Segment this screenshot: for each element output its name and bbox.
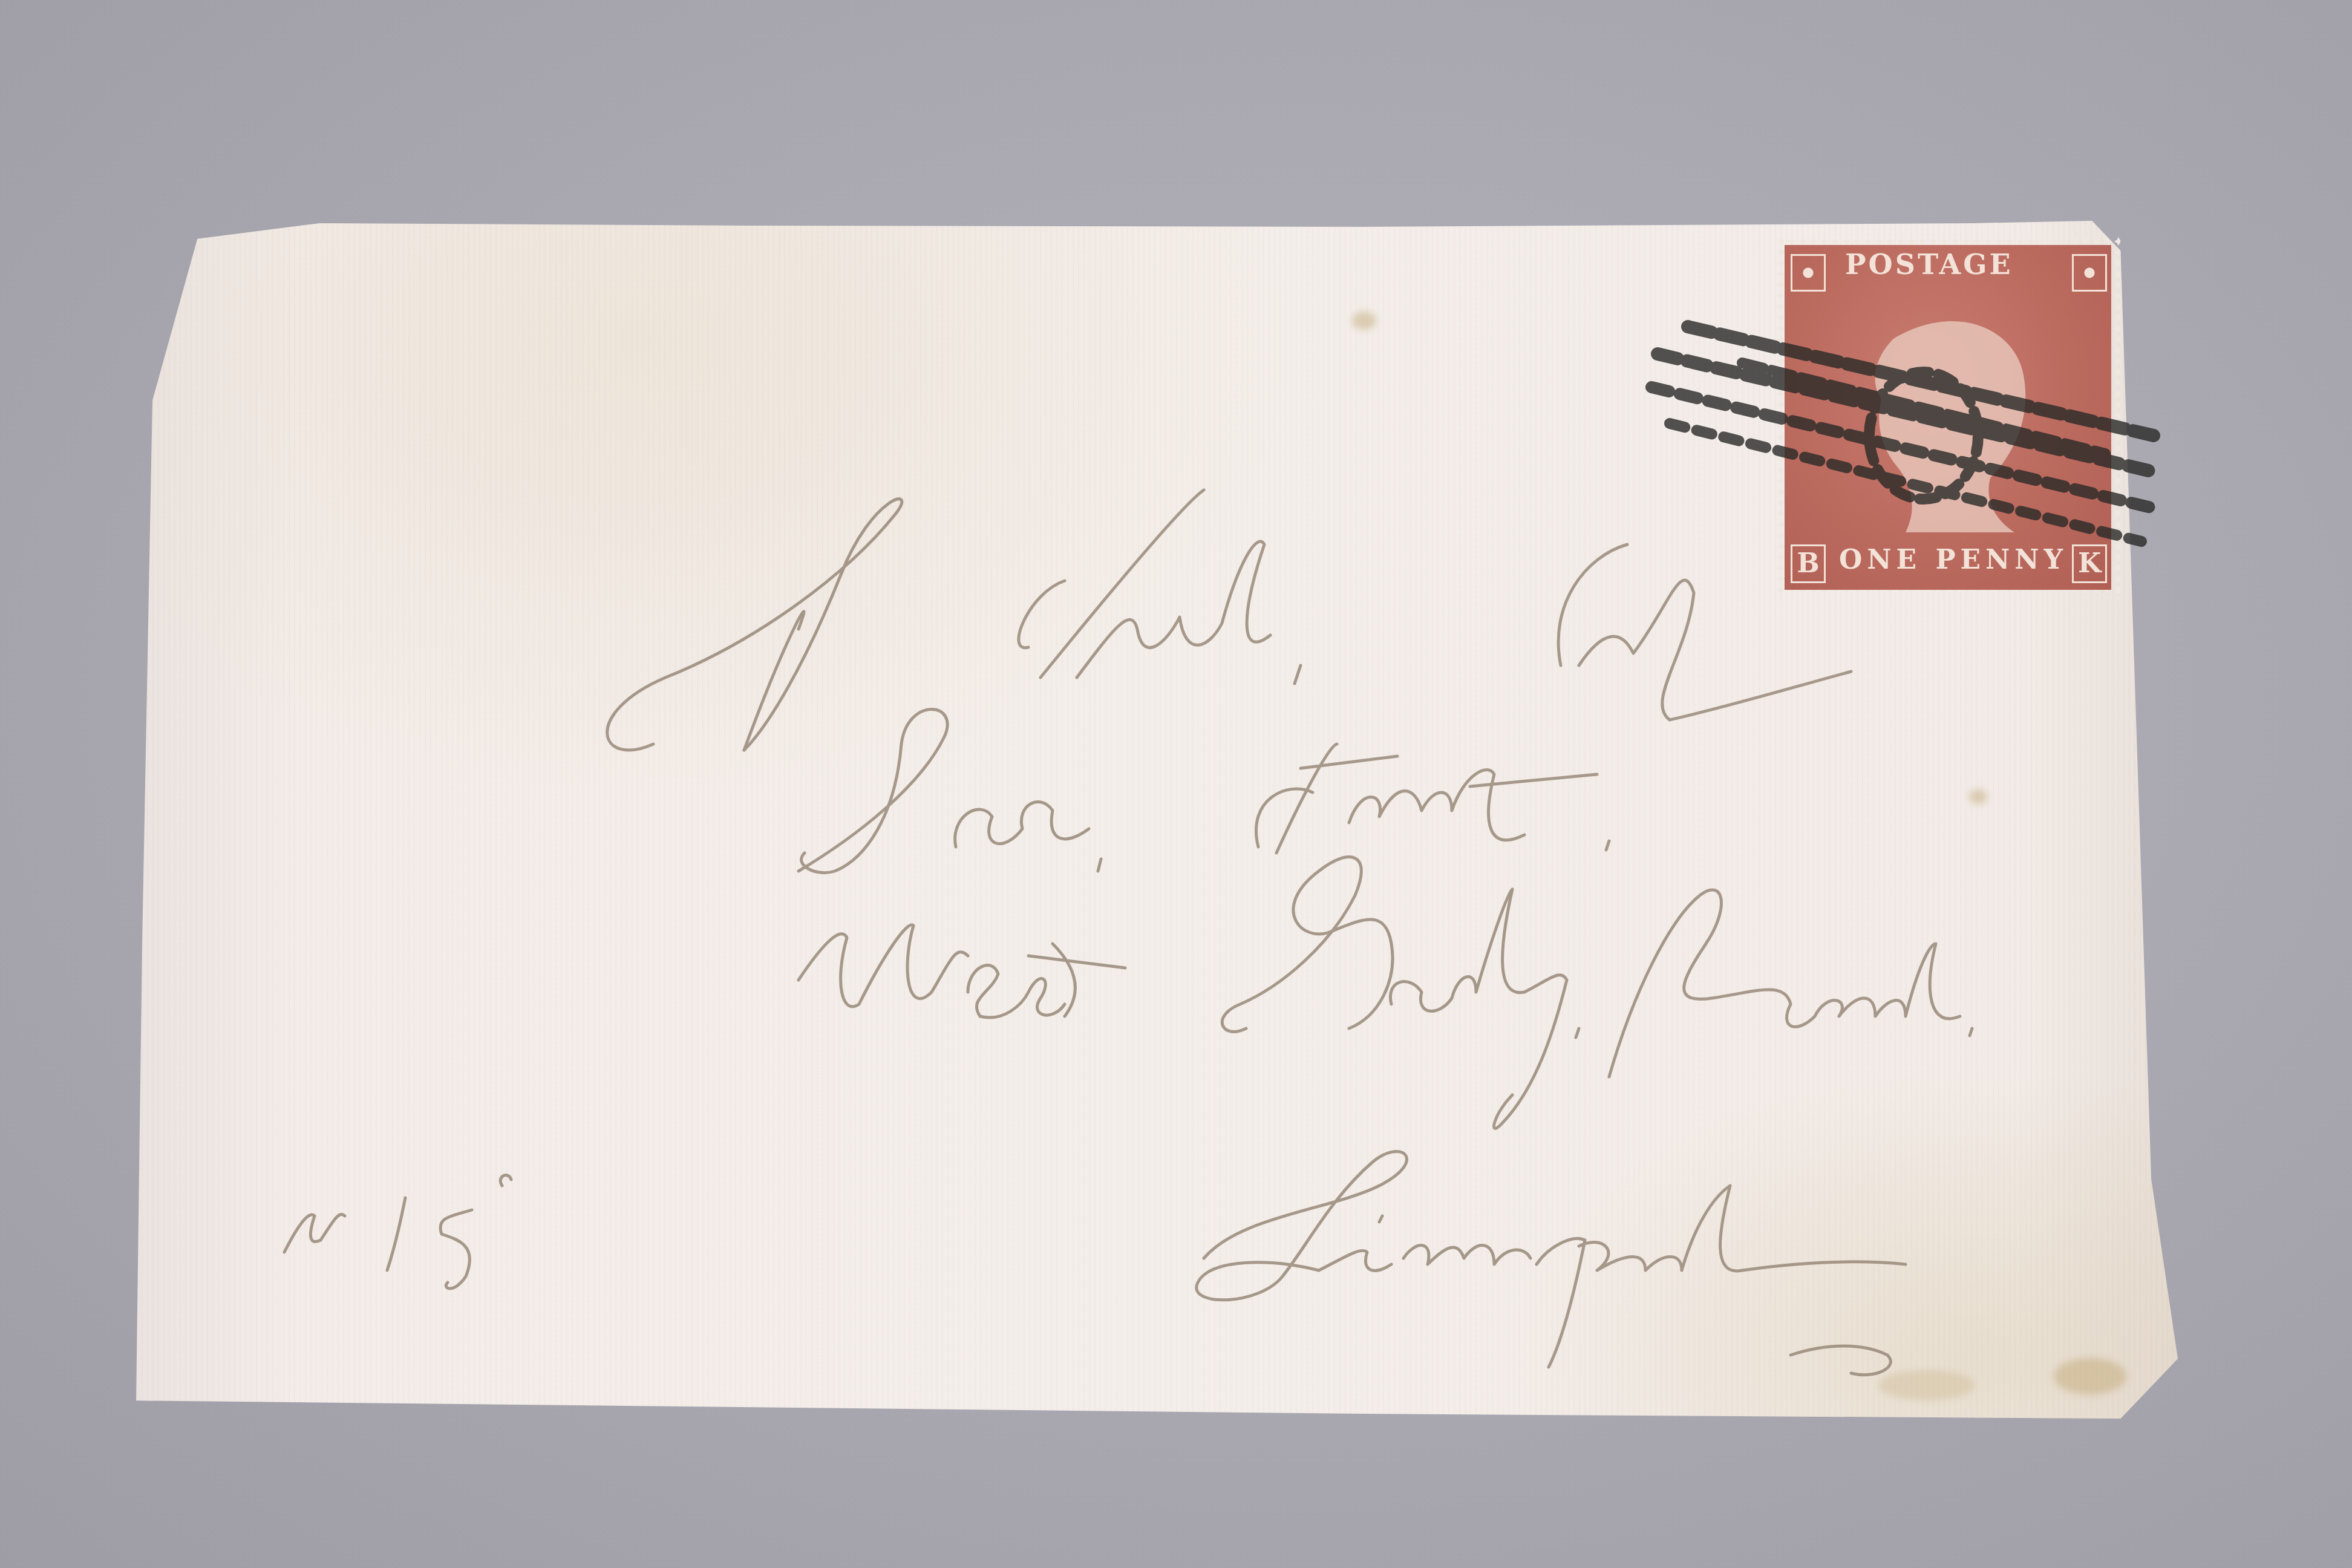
address-line-2-handwriting (799, 710, 1609, 873)
address-line-4-handwriting (1197, 1151, 1906, 1374)
address-line-1-handwriting (607, 490, 1851, 750)
artwork-overlay (0, 0, 2352, 1568)
address-line-3-handwriting (799, 857, 1972, 1129)
corner-annotation-handwriting (284, 1175, 511, 1289)
